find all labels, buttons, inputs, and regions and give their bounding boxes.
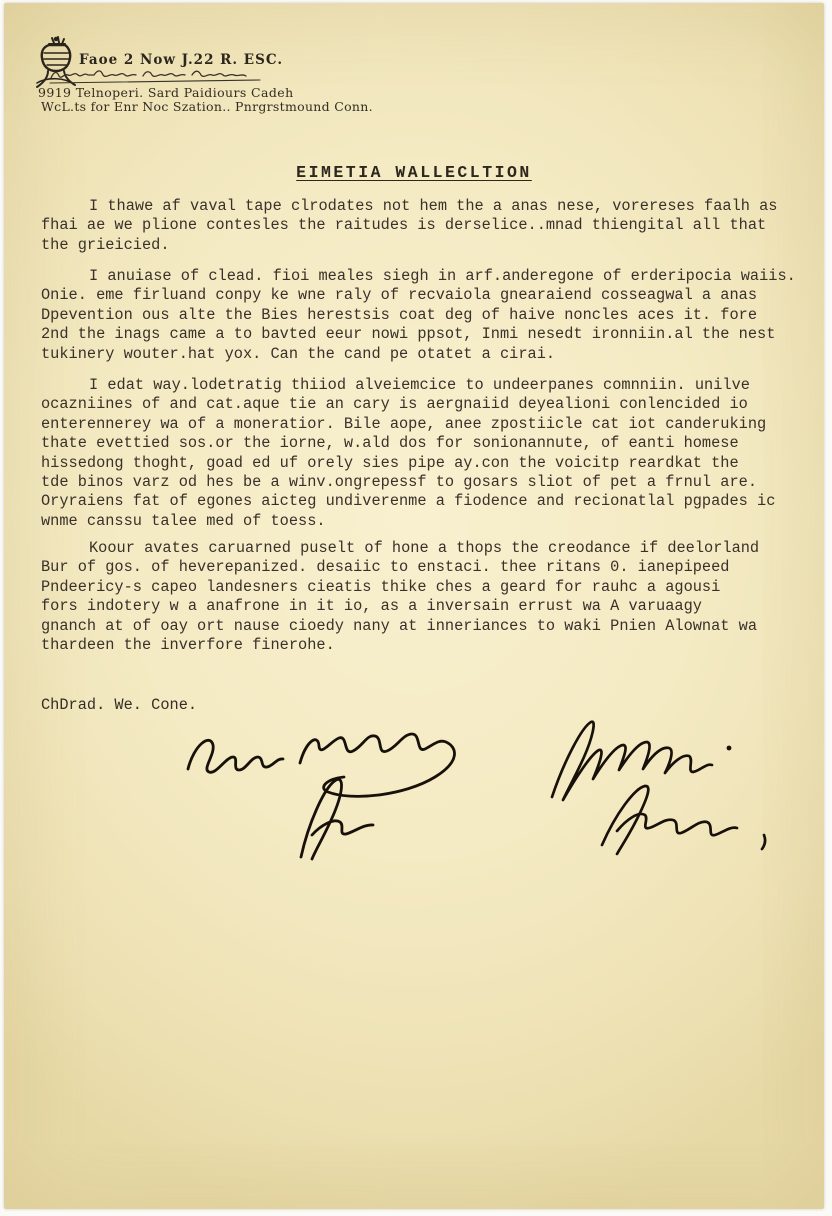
letter-paragraph: I thawe af vaval tape clrodates not hem … (41, 197, 803, 255)
signature-right (536, 699, 811, 857)
letter-title: EIMETIA WALLECLTION (296, 163, 532, 182)
letter-line: thardeen the inverfore finerohe. (41, 636, 803, 655)
letter-line: fors indotery w a anafrone in it io, as … (41, 597, 803, 616)
letter-line: thate evettied sos.or the iorne, w.ald d… (41, 434, 803, 453)
letter-line: Koour avates caruarned puselt of hone a … (41, 539, 803, 558)
handwritten-scrawl (48, 67, 266, 87)
letter-line: Dpevention ous alte the Bies herestsis c… (41, 306, 803, 325)
letter-line: the grieicied. (41, 236, 803, 255)
letter-line: ocazniines of and cat.aque tie an cary i… (41, 395, 803, 414)
letter-paragraph: Koour avates caruarned puselt of hone a … (41, 539, 803, 655)
letter-line: I anuiase of clead. fioi meales siegh in… (41, 267, 803, 286)
letter-line: 2nd the inags came a to bavted eeur nowi… (41, 325, 803, 344)
signature-left-initials (246, 765, 456, 863)
letter-line: Onie. eme firluand conpy ke wne raly of … (41, 286, 803, 305)
closing-line: ChDrad. We. Cone. (41, 696, 197, 714)
letter-line: Oryraiens fat of egones aicteg undiveren… (41, 492, 803, 511)
letter-line: fhai ae we plione contesles the raitudes… (41, 216, 803, 235)
letter-line: I edat way.lodetratig thiiod alveiemcice… (41, 376, 803, 395)
letterhead-address-1: 9919 Telnoperi. Sard Paidiours Cadeh (38, 85, 294, 100)
letter-paragraph: I anuiase of clead. fioi meales siegh in… (41, 267, 803, 364)
letter-line: hissedong thoght, goad ed uf orely sies … (41, 454, 803, 473)
letter-line: tde binos varz od hes be a winv.ongrepes… (41, 473, 803, 492)
letter-line: Pndeericy-s capeo landesners cieatis thi… (41, 578, 803, 597)
letter-line: Bur of gos. of heverepanized. desaiic to… (41, 558, 803, 577)
letter-line: gnanch at of oay ort nause cioedy nany a… (41, 617, 803, 636)
letterhead-address-2: WcL.ts for Enr Noc Szation.. Pnrgrstmoun… (41, 99, 373, 114)
letterhead-typed-line: Faoe 2 Now J.22 R. ESC. (79, 52, 283, 68)
letter-line: I thawe af vaval tape clrodates not hem … (41, 197, 803, 216)
letter-paper: Faoe 2 Now J.22 R. ESC. 9919 Telnoperi. … (4, 3, 824, 1209)
letter-line: wnme canssu talee med of toess. (41, 512, 803, 531)
letter-line: tukinery wouter.hat yox. Can the cand pe… (41, 345, 803, 364)
letter-paragraph: I edat way.lodetratig thiiod alveiemcice… (41, 376, 803, 531)
letter-line: enterennerey wa of a moneratior. Bile ao… (41, 415, 803, 434)
